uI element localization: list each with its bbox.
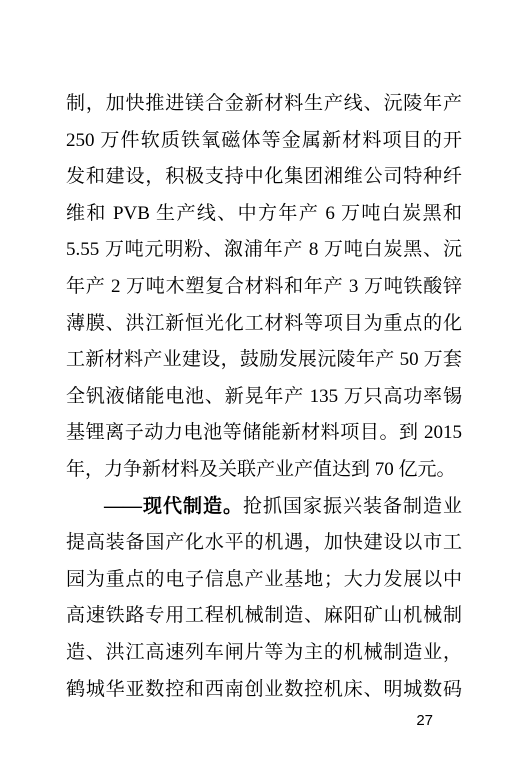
text-line: 制，加快推进镁合金新材料生产线、沅陵年产 bbox=[66, 86, 462, 123]
body-text: 制，加快推进镁合金新材料生产线、沅陵年产 250 万件软质铁氧磁体等金属新材料项… bbox=[66, 86, 462, 708]
text-line: 基锂离子动力电池等储能新材料项目。到 2015 bbox=[66, 415, 462, 452]
text-line: 发和建设，积极支持中化集团湘维公司特种纤 bbox=[66, 159, 462, 196]
text-line: 维和 PVB 生产线、中方年产 6 万吨白炭黑和 bbox=[66, 196, 462, 233]
text-line: 鹤城华亚数控和西南创业数控机床、明城数码干 bbox=[66, 672, 462, 709]
text-line: 园为重点的电子信息产业基地；大力发展以中方 bbox=[66, 562, 462, 599]
text-line: 造、洪江高速列车闸片等为主的机械制造业，以 bbox=[66, 635, 462, 672]
text-line: 薄膜、洪江新恒光化工材料等项目为重点的化 bbox=[66, 306, 462, 343]
text-line: 全钒液储能电池、新晃年产 135 万只高功率锡 bbox=[66, 379, 462, 416]
paragraph-lead-heading: ——现代制造。 bbox=[104, 496, 243, 517]
page-number: 27 bbox=[416, 711, 433, 731]
text-line: 工新材料产业建设，鼓励发展沅陵年产 50 万套 bbox=[66, 342, 462, 379]
paragraph-new-materials: 制，加快推进镁合金新材料生产线、沅陵年产 250 万件软质铁氧磁体等金属新材料项… bbox=[66, 86, 462, 489]
text-line: 年，力争新材料及关联产业产值达到 70 亿元。 bbox=[66, 452, 462, 489]
text-line: 高速铁路专用工程机械制造、麻阳矿山机械制 bbox=[66, 598, 462, 635]
text-line: ——现代制造。抢抓国家振兴装备制造业和 bbox=[66, 489, 462, 526]
text-line: 提高装备国产化水平的机遇，加快建设以市工业 bbox=[66, 525, 462, 562]
text-line: 5.55 万吨元明粉、溆浦年产 8 万吨白炭黑、沅陵 bbox=[66, 232, 462, 269]
text-line: 年产 2 万吨木塑复合材料和年产 3 万吨铁酸锌 bbox=[66, 269, 462, 306]
document-page: 制，加快推进镁合金新材料生产线、沅陵年产 250 万件软质铁氧磁体等金属新材料项… bbox=[0, 0, 529, 774]
paragraph-modern-manufacturing: ——现代制造。抢抓国家振兴装备制造业和 提高装备国产化水平的机遇，加快建设以市工… bbox=[66, 489, 462, 709]
text-line: 250 万件软质铁氧磁体等金属新材料项目的开 bbox=[66, 123, 462, 160]
